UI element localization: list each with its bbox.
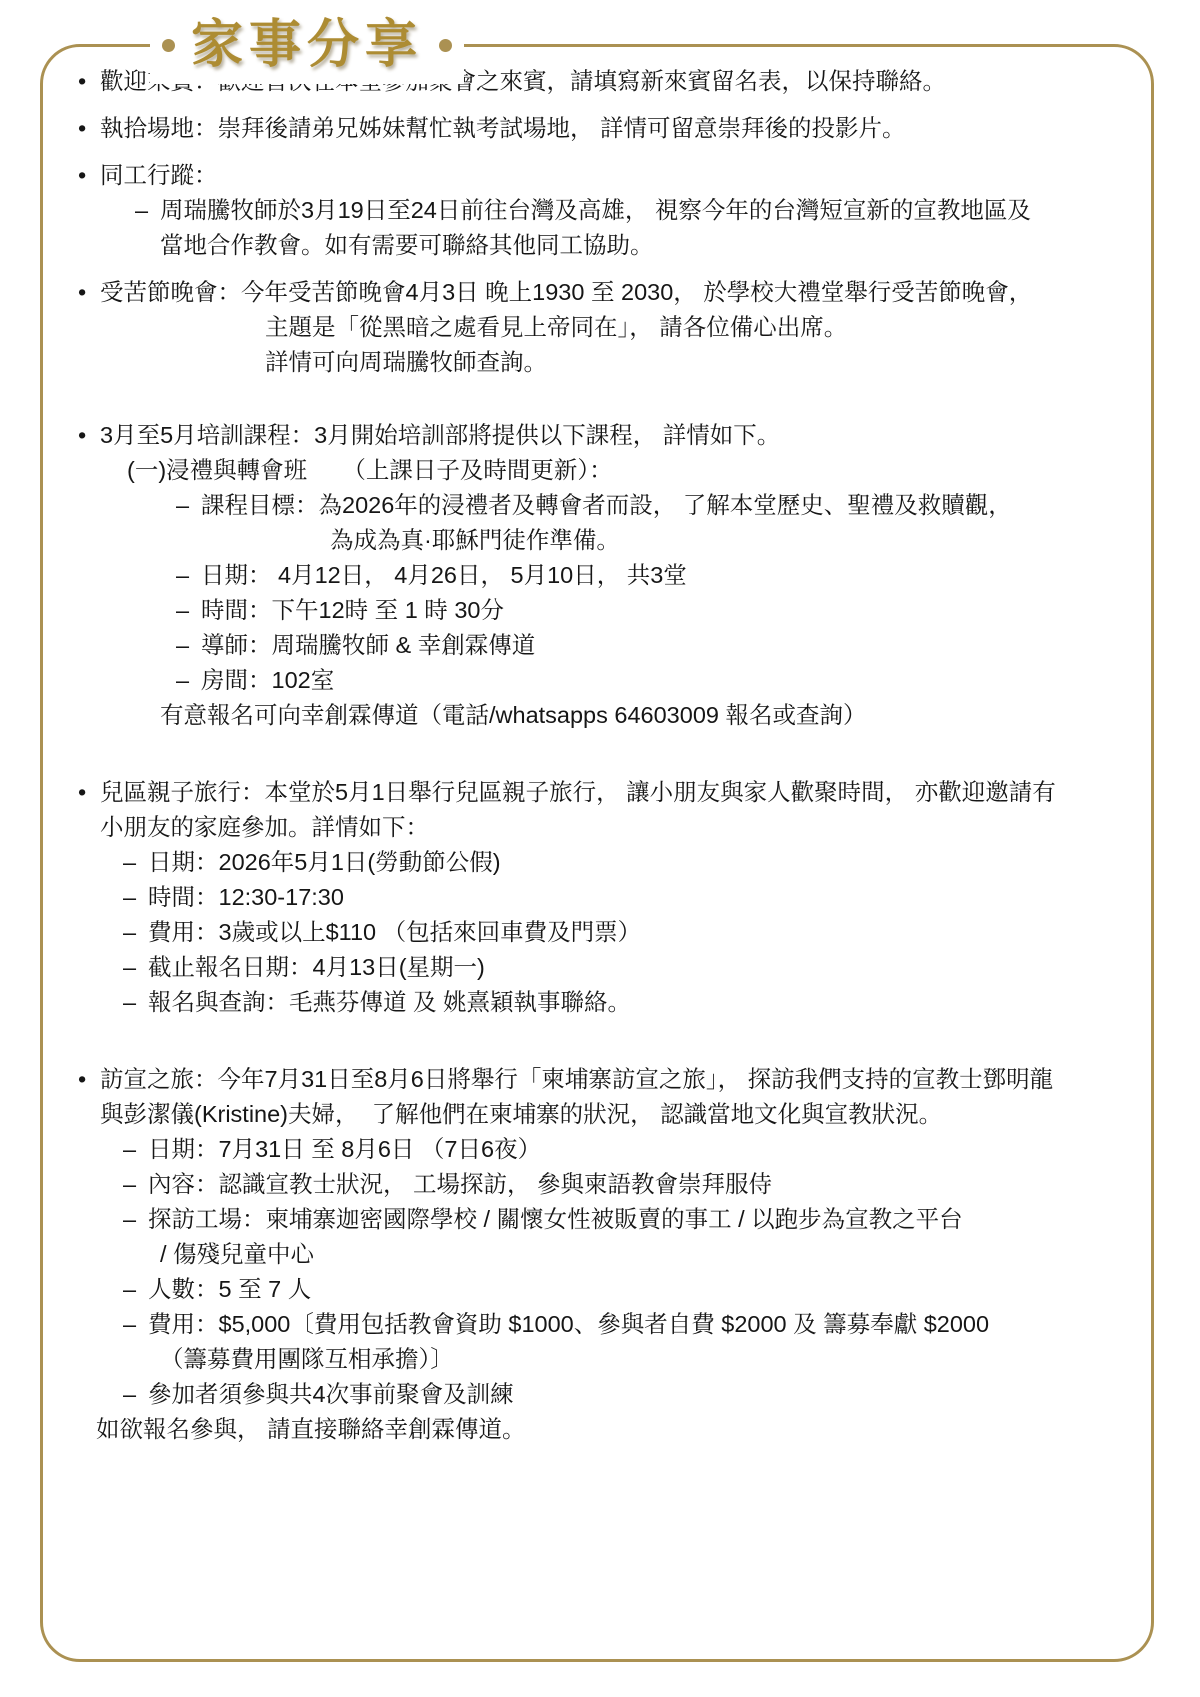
announcement-line: 為成為真·耶穌門徒作準備。 <box>40 523 1170 558</box>
announcement-text: （籌募費用團隊互相承擔）〕 <box>160 1346 454 1372</box>
bullet-icon: • <box>78 775 100 810</box>
announcement-line: –日期：2026年5月1日(勞動節公假) <box>40 845 1170 880</box>
page-title: 家事分享 <box>191 19 423 71</box>
dash-icon: – <box>123 845 148 880</box>
announcement-text: 為成為真·耶穌門徒作準備。 <box>330 527 620 553</box>
announcement-text: 主題是「從黑暗之處看見上帝同在」， 請各位備心出席。 <box>265 314 847 340</box>
announcement-line: –參加者須參與共4次事前聚會及訓練 <box>40 1377 1170 1412</box>
announcement-text: 執拾場地：崇拜後請弟兄姊妹幫忙執考試場地， 詳情可留意崇拜後的投影片。 <box>100 115 906 141</box>
bullet-icon: • <box>78 111 100 146</box>
dash-icon: – <box>123 880 148 915</box>
dash-icon: – <box>176 488 201 523</box>
announcement-line: –報名與查詢：毛燕芬傳道 及 姚熹穎執事聯絡。 <box>40 985 1170 1020</box>
announcement-text: 截止報名日期：4月13日(星期一) <box>148 954 485 980</box>
announcement-text: 探訪工場：柬埔寨迦密國際學校 / 關懷女性被販賣的事工 / 以跑步為宣教之平台 <box>148 1206 963 1232</box>
announcement-text: 兒區親子旅行：本堂於5月1日舉行兒區親子旅行， 讓小朋友與家人歡聚時間， 亦歡迎… <box>100 779 1056 805</box>
announcement-text: 3月至5月培訓課程：3月開始培訓部將提供以下課程， 詳情如下。 <box>100 422 780 448</box>
dash-icon: – <box>123 1132 148 1167</box>
dash-icon: – <box>123 985 148 1020</box>
dash-icon: – <box>123 1307 148 1342</box>
announcement-line: –課程目標：為2026年的浸禮者及轉會者而設， 了解本堂歷史、聖禮及救贖觀， <box>40 488 1170 523</box>
dash-icon: – <box>123 1272 148 1307</box>
bullet-icon: • <box>78 64 100 99</box>
announcement-line: –時間：12:30-17:30 <box>40 880 1170 915</box>
dash-icon: – <box>176 628 201 663</box>
announcement-line: –截止報名日期：4月13日(星期一) <box>40 950 1170 985</box>
announcement-line: –房間：102室 <box>40 663 1170 698</box>
announcement-text: 報名與查詢：毛燕芬傳道 及 姚熹穎執事聯絡。 <box>148 989 631 1015</box>
announcement-text: 詳情可向周瑞騰牧師查詢。 <box>265 349 547 375</box>
announcement-line: •受苦節晚會：今年受苦節晚會4月3日 晚上1930 至 2030， 於學校大禮堂… <box>40 275 1170 310</box>
announcement-text: 房間：102室 <box>201 667 334 693</box>
announcement-line: •執拾場地：崇拜後請弟兄姊妹幫忙執考試場地， 詳情可留意崇拜後的投影片。 <box>40 111 1170 146</box>
dash-icon: – <box>123 950 148 985</box>
announcement-text: 時間：12:30-17:30 <box>148 884 344 910</box>
announcement-text: (一)浸禮與轉會班 （上課日子及時間更新）： <box>127 457 613 483</box>
announcement-text: 小朋友的家庭參加。詳情如下： <box>100 814 429 840</box>
announcement-line: –日期：7月31日 至 8月6日 （7日6夜） <box>40 1132 1170 1167</box>
announcement-line: –人數：5 至 7 人 <box>40 1272 1170 1307</box>
announcement-text: 日期： 4月12日， 4月26日， 5月10日， 共3堂 <box>201 562 687 588</box>
announcement-line: –探訪工場：柬埔寨迦密國際學校 / 關懷女性被販賣的事工 / 以跑步為宣教之平台 <box>40 1202 1170 1237</box>
announcement-text: 有意報名可向幸創霖傳道（電話/whatsapps 64603009 報名或查詢） <box>160 702 867 728</box>
announcement-text: 課程目標：為2026年的浸禮者及轉會者而設， 了解本堂歷史、聖禮及救贖觀， <box>201 492 1012 518</box>
page-title-band: 家事分享 <box>150 6 464 84</box>
dash-icon: – <box>123 1202 148 1237</box>
announcement-text: 費用：3歲或以上$110 （包括來回車費及門票） <box>148 919 641 945</box>
announcement-line: •訪宣之旅：今年7月31日至8月6日將舉行「柬埔寨訪宣之旅」， 探訪我們支持的宣… <box>40 1062 1170 1097</box>
announcement-text: 日期：7月31日 至 8月6日 （7日6夜） <box>148 1136 541 1162</box>
announcement-line: （籌募費用團隊互相承擔）〕 <box>40 1342 1170 1377</box>
announcement-text: 人數：5 至 7 人 <box>148 1276 311 1302</box>
announcement-line: •同工行蹤： <box>40 158 1170 193</box>
title-dot-right-icon <box>439 39 452 52</box>
announcement-text: 費用：$5,000〔費用包括教會資助 $1000、參與者自費 $2000 及 籌… <box>148 1311 989 1337</box>
dash-icon: – <box>123 915 148 950</box>
announcement-line: 與彭潔儀(Kristine)夫婦， 了解他們在柬埔寨的狀況， 認識當地文化與宣教… <box>40 1097 1170 1132</box>
bullet-icon: • <box>78 418 100 453</box>
announcement-text: 同工行蹤： <box>100 162 218 188</box>
announcement-line: –日期： 4月12日， 4月26日， 5月10日， 共3堂 <box>40 558 1170 593</box>
bullet-icon: • <box>78 158 100 193</box>
dash-icon: – <box>123 1167 148 1202</box>
dash-icon: – <box>176 558 201 593</box>
announcement-line: •兒區親子旅行：本堂於5月1日舉行兒區親子旅行， 讓小朋友與家人歡聚時間， 亦歡… <box>40 775 1170 810</box>
dash-icon: – <box>123 1377 148 1412</box>
announcement-text: 參加者須參與共4次事前聚會及訓練 <box>148 1381 514 1407</box>
announcement-text: 周瑞騰牧師於3月19日至24日前往台灣及高雄， 視察今年的台灣短宣新的宣教地區及 <box>160 197 1031 223</box>
dash-icon: – <box>176 663 201 698</box>
announcement-text: 與彭潔儀(Kristine)夫婦， 了解他們在柬埔寨的狀況， 認識當地文化與宣教… <box>100 1101 942 1127</box>
announcement-line: 有意報名可向幸創霖傳道（電話/whatsapps 64603009 報名或查詢） <box>40 698 1170 733</box>
announcement-text: 內容：認識宣教士狀況， 工場探訪， 參與柬語教會崇拜服侍 <box>148 1171 772 1197</box>
announcements-list: •歡迎來賓：歡迎首次在本堂參加聚會之來賓，請填寫新來賓留名表，以保持聯絡。 •執… <box>40 64 1170 1447</box>
announcement-line: 主題是「從黑暗之處看見上帝同在」， 請各位備心出席。 <box>40 310 1170 345</box>
announcement-line: –周瑞騰牧師於3月19日至24日前往台灣及高雄， 視察今年的台灣短宣新的宣教地區… <box>40 193 1170 228</box>
announcement-text: 時間：下午12時 至 1 時 30分 <box>201 597 504 623</box>
announcement-text: 訪宣之旅：今年7月31日至8月6日將舉行「柬埔寨訪宣之旅」， 探訪我們支持的宣教… <box>100 1066 1053 1092</box>
dash-icon: – <box>176 593 201 628</box>
announcement-line: –費用：3歲或以上$110 （包括來回車費及門票） <box>40 915 1170 950</box>
dash-icon: – <box>135 193 160 228</box>
announcement-text: 導師：周瑞騰牧師 & 幸創霖傳道 <box>201 632 535 658</box>
announcement-line: –導師：周瑞騰牧師 & 幸創霖傳道 <box>40 628 1170 663</box>
announcement-line: •3月至5月培訓課程：3月開始培訓部將提供以下課程， 詳情如下。 <box>40 418 1170 453</box>
announcement-line: 如欲報名參與， 請直接聯絡幸創霖傳道。 <box>40 1412 1170 1447</box>
announcement-line: –時間：下午12時 至 1 時 30分 <box>40 593 1170 628</box>
announcement-text: / 傷殘兒童中心 <box>160 1241 314 1267</box>
bullet-icon: • <box>78 275 100 310</box>
announcement-line: 詳情可向周瑞騰牧師查詢。 <box>40 345 1170 380</box>
announcement-text: 受苦節晚會：今年受苦節晚會4月3日 晚上1930 至 2030， 於學校大禮堂舉… <box>100 279 1032 305</box>
announcement-text: 如欲報名參與， 請直接聯絡幸創霖傳道。 <box>96 1416 526 1442</box>
announcement-line: / 傷殘兒童中心 <box>40 1237 1170 1272</box>
announcement-line: 小朋友的家庭參加。詳情如下： <box>40 810 1170 845</box>
bullet-icon: • <box>78 1062 100 1097</box>
announcement-line: –費用：$5,000〔費用包括教會資助 $1000、參與者自費 $2000 及 … <box>40 1307 1170 1342</box>
announcement-text: 日期：2026年5月1日(勞動節公假) <box>148 849 501 875</box>
announcement-line: (一)浸禮與轉會班 （上課日子及時間更新）： <box>40 453 1170 488</box>
announcement-line: 當地合作教會。如有需要可聯絡其他同工協助。 <box>40 228 1170 263</box>
announcement-page: 家事分享 •歡迎來賓：歡迎首次在本堂參加聚會之來賓，請填寫新來賓留名表，以保持聯… <box>0 0 1200 1697</box>
announcement-line: –內容：認識宣教士狀況， 工場探訪， 參與柬語教會崇拜服侍 <box>40 1167 1170 1202</box>
announcement-text: 當地合作教會。如有需要可聯絡其他同工協助。 <box>160 232 654 258</box>
title-dot-left-icon <box>162 39 175 52</box>
